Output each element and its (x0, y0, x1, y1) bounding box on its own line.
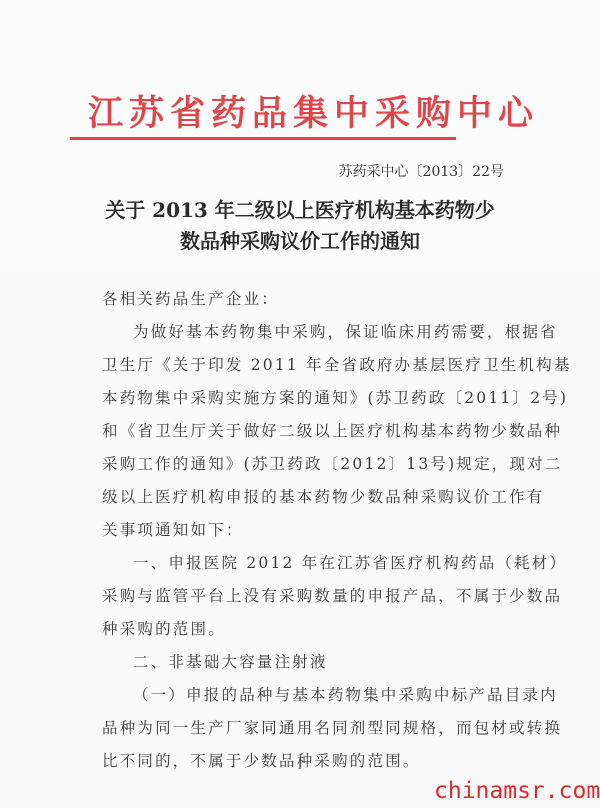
salutation: 各相关药品生产企业： (102, 288, 279, 310)
body-line: 比不同的，不属于少数品种采购的范围。 (102, 750, 421, 772)
section-heading-1: 一、申报医院 2012 年在江苏省医疗机构药品（耗材） (133, 552, 567, 574)
page-number: 1 (297, 762, 303, 772)
subsection-heading-1: （一）申报的品种与基本药物集中采购中标产品目录内 (133, 684, 558, 706)
document-page: 江苏省药品集中采购中心 苏药采中心〔2013〕22号 关于 2013 年二级以上… (0, 0, 600, 808)
body-line: 关事项通知如下： (102, 519, 244, 541)
body-line: 和《省卫生厅关于做好二级以上医疗机构基本药物少数品种 (102, 420, 562, 442)
body-line: 采购工作的通知》(苏卫药政〔2012〕13号)规定，现对二 (102, 453, 563, 475)
body-line: 级以上医疗机构申报的基本药物少数品种采购议价工作有 (102, 486, 545, 508)
org-header-title: 江苏省药品集中采购中心 (88, 92, 518, 136)
notice-title-line-1: 关于 2013 年二级以上医疗机构基本药物少 (80, 195, 520, 225)
body-line: 卫生厅《关于印发 2011 年全省政府办基层医疗卫生机构基 (102, 354, 572, 376)
watermark: chinamsr.com (434, 778, 600, 804)
header-divider (70, 137, 456, 140)
document-number: 苏药采中心〔2013〕22号 (339, 162, 504, 182)
body-line: 为做好基本药物集中采购，保证临床用药需要，根据省 (133, 321, 558, 343)
body-line: 采购与监管平台上没有采购数量的申报产品，不属于少数品 (102, 585, 562, 607)
notice-title-line-2: 数品种采购议价工作的通知 (80, 226, 520, 256)
body-line: 本药物集中采购实施方案的通知》(苏卫药政〔2011〕2号) (102, 387, 568, 409)
body-line: 品种为同一生产厂家同通用名同剂型同规格，而包材或转换 (102, 717, 562, 739)
section-heading-2: 二、非基础大容量注射液 (133, 651, 328, 673)
body-line: 种采购的范围。 (102, 618, 226, 640)
